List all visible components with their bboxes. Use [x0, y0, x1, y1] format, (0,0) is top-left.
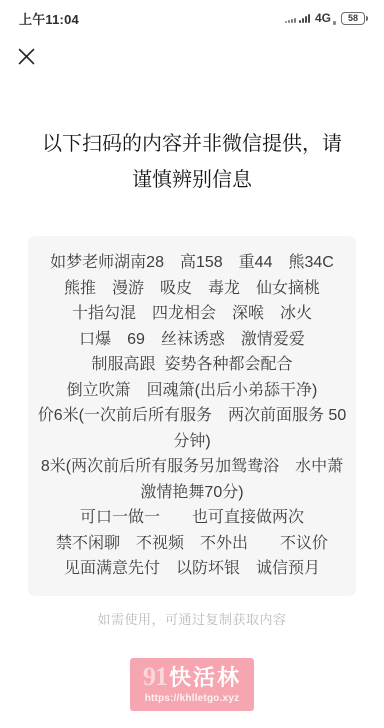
brand-url: https://khlletgo.xyz — [130, 693, 254, 704]
status-time: 上午11:04 — [19, 9, 79, 28]
brand-logo: 91 快活林 — [130, 663, 254, 692]
copy-hint-text: 如需使用，可通过复制获取内容 — [0, 609, 384, 628]
brand-name: 快活林 — [169, 664, 241, 692]
content-line: 如梦老师湖南28 高158 重44 熊34C — [36, 250, 348, 276]
content-line: 见面满意先付 以防坏银 诚信预月 — [36, 556, 348, 582]
network-type-label: 4G — [315, 11, 336, 25]
scan-warning-text: 以下扫码的内容并非微信提供，请谨慎辨别信息 — [34, 126, 350, 198]
content-line: 8米(两次前后所有服务另加鸳鸯浴 水中萧 激情艳舞70分) — [36, 454, 348, 505]
sim2-signal-icon — [299, 14, 310, 23]
signal-strength-icon — [285, 13, 310, 23]
content-line: 十指勾混 四龙相会 深喉 冰火 — [36, 301, 348, 327]
content-line: 制服高跟 姿势各种都会配合 — [36, 352, 348, 378]
scanned-content-box: 如梦老师湖南28 高158 重44 熊34C 熊推 漫游 吸皮 毒龙 仙女摘桃 … — [28, 236, 356, 596]
status-bar: 上午11:04 4G 58 — [0, 0, 384, 28]
content-line: 价6米(一次前后所有服务 两次前面服务 50分钟) — [36, 403, 348, 454]
content-line: 倒立吹箫 回魂箫(出后小弟舔干净) — [36, 378, 348, 404]
watermark-badge: 91 快活林 https://khlletgo.xyz — [130, 658, 254, 711]
title-bar — [0, 28, 384, 68]
sim1-signal-icon — [285, 18, 296, 23]
content-line: 可口一做一 也可直接做两次 — [36, 505, 348, 531]
close-icon[interactable] — [14, 44, 38, 68]
battery-percent: 58 — [348, 13, 358, 23]
content-line: 禁不闲聊 不视频 不外出 不议价 — [36, 531, 348, 557]
brand-number: 91 — [143, 663, 167, 691]
content-line: 口爆 69 丝袜诱惑 激情爱爱 — [36, 327, 348, 353]
status-icons: 4G 58 — [285, 11, 365, 25]
network-sub-icon — [333, 21, 336, 25]
content-line: 熊推 漫游 吸皮 毒龙 仙女摘桃 — [36, 276, 348, 302]
battery-icon: 58 — [341, 12, 365, 25]
